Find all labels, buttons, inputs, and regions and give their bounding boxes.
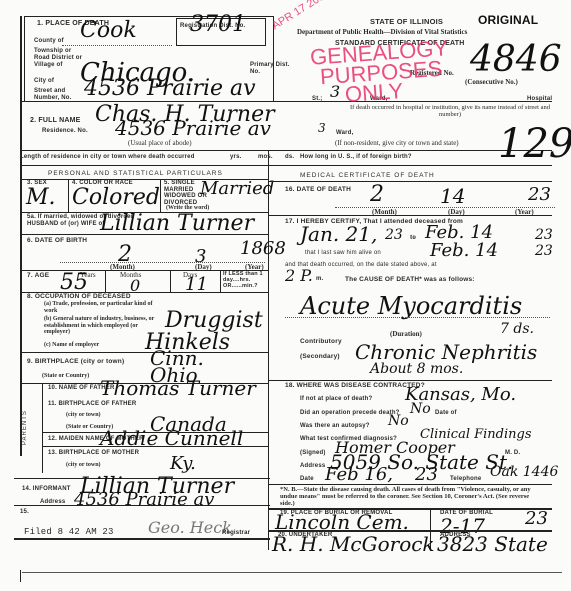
age-label: 7. AGE (27, 272, 49, 279)
attended-from: Jan. 21, (300, 224, 377, 244)
divider (22, 150, 552, 151)
physician-date-year: 23 (415, 466, 438, 484)
divider (220, 270, 221, 292)
operation-value: No (410, 402, 431, 416)
to-label: to (410, 233, 416, 241)
hospital-label: Hospital (527, 96, 552, 102)
dob-year: 1868 (240, 240, 286, 258)
divider (170, 270, 171, 292)
secondary-duration: About 8 mos. (370, 362, 463, 376)
divider (14, 538, 270, 540)
birthplace-label: 9. BIRTHPLACE (city or town) (27, 358, 124, 365)
marital-value: Married (200, 180, 274, 198)
original-label: ORIGINAL (478, 13, 538, 27)
residence-value: 4536 Prairie av (115, 118, 271, 138)
occupation-label: 8. OCCUPATION OF DECEASED (27, 293, 131, 300)
birthplace-state-label: (State or Country) (42, 373, 89, 379)
mother-birthplace-label: 13. BIRTHPLACE OF MOTHER (48, 450, 139, 456)
undertaker-value: R. H. McGorock (272, 534, 435, 554)
not-place-label: If not at place of death? (300, 396, 372, 402)
state-title: STATE OF ILLINOIS (370, 17, 443, 26)
city-label: City of (34, 78, 54, 84)
divider (268, 215, 552, 216)
divider (268, 181, 552, 182)
secondary-value: Chronic Nephritis (355, 342, 537, 362)
less-than-day-label: If LESS than 1 day....hrs. OR......min.? (223, 271, 268, 289)
filed-number-label: 15. (20, 509, 29, 515)
registration-value: 3701 (190, 14, 246, 36)
physician-date-value: Feb 16, (325, 466, 393, 484)
duration-value: 7 ds. (500, 322, 534, 336)
telephone-value: Oak 1446 (490, 465, 558, 479)
father-birthplace-label: 11. BIRTHPLACE OF FATHER (48, 401, 136, 407)
hospital-note: If death occurred in hospital or institu… (350, 104, 550, 118)
informant-label: 14. INFORMANT (22, 486, 71, 492)
divider (42, 383, 43, 473)
m-label: m. (316, 276, 323, 282)
mother-birthplace-value: Ky. (170, 455, 196, 473)
nonresident-note: (If non-resident, give city or town and … (335, 139, 459, 147)
occupation-a-label: (a) Trade, profession, or particular kin… (44, 301, 154, 314)
filed-stamp: Filed 8 42 AM 23 (24, 527, 114, 537)
dod-month: 2 (370, 184, 384, 206)
divider (68, 179, 69, 212)
death-certificate: 1. PLACE OF DEATH County of Cook Registr… (0, 0, 571, 591)
residence-label: Residence. No. (42, 128, 88, 134)
stamp-line-3: ONLY (344, 78, 404, 108)
divider (42, 446, 268, 447)
occupation-value: Druggist (165, 310, 263, 332)
left-border (20, 16, 22, 456)
last-saw-value: Feb. 14 (430, 242, 498, 260)
cause-value: Acute Myocarditis (300, 294, 522, 318)
where-contracted-label: 18. WHERE WAS DISEASE CONTRACTED? (285, 382, 425, 389)
duration-label: (Duration) (390, 330, 422, 338)
spouse-value: Lillian Turner (100, 213, 254, 235)
residence-ward-label: Ward, (336, 130, 353, 136)
autopsy-value: No (388, 414, 409, 428)
personal-section-title: PERSONAL AND STATISTICAL PARTICULARS (48, 170, 223, 177)
divider (22, 352, 268, 353)
last-saw-label: that I last saw him alive on (305, 250, 381, 256)
parents-label: PARENTS (22, 410, 28, 445)
physician-date-label: Date (300, 476, 314, 482)
cause-label: The CAUSE OF DEATH* was as follows: (345, 276, 475, 283)
secondary-label: (Secondary) (300, 353, 340, 360)
divider (22, 234, 268, 235)
registered-number: 4846 (470, 42, 562, 78)
yrs-label: yrs. (230, 154, 241, 160)
color-value: Colored (72, 187, 160, 209)
dob-line (60, 262, 265, 263)
father-city-label: (city or town) (66, 412, 101, 418)
autopsy-label: Was there an autopsy? (300, 423, 370, 429)
registrar-label: Registrar (222, 530, 250, 536)
burial-place-value: Lincoln Cem. (275, 512, 409, 532)
divider (268, 484, 552, 485)
county-value: Cook (80, 20, 137, 42)
signed-label: (Signed) (300, 450, 326, 456)
residence-ward-value: 3 (318, 122, 326, 134)
age-years: 55 (60, 272, 88, 294)
st-label: St.; (312, 96, 322, 102)
employer-label: (c) Name of employer (44, 342, 99, 348)
center-divider (268, 150, 269, 550)
consecutive-label: (Consecutive No.) (465, 78, 518, 86)
nb-note: *N. B.—State the disease causing death. … (280, 486, 545, 507)
attended-to-year: 23 (535, 228, 553, 242)
divider (160, 179, 161, 212)
mos-label: mos. (258, 154, 273, 160)
scan-mark (20, 570, 21, 582)
mother-city-label: (city or town) (66, 462, 101, 468)
primary-label: Primary Dist. No. (250, 62, 298, 76)
date-of-death-label: 16. DATE OF DEATH (285, 186, 351, 193)
foreign-birth-label: How long in U. S., if of foreign birth? (300, 154, 412, 160)
informant-address-label: Address (40, 499, 65, 505)
mother-value: Addie Cunnell (100, 428, 243, 448)
last-saw-year: 23 (535, 244, 553, 258)
cause-line (285, 317, 550, 318)
street-label: Street and Number, No. (34, 88, 82, 102)
county-line (62, 45, 172, 46)
ds-label: ds. (285, 154, 294, 160)
divider (105, 270, 106, 292)
county-label: County of (34, 38, 64, 44)
full-name-label: 2. FULL NAME (30, 117, 81, 124)
operation-label: Did an operation precede death? (300, 410, 400, 416)
divider (268, 380, 552, 381)
sex-value: M. (26, 187, 56, 209)
contributory-label: Contributory (300, 338, 342, 345)
dod-year: 23 (528, 186, 551, 204)
divider (22, 165, 552, 166)
medical-section-title: MEDICAL CERTIFICATE OF DEATH (300, 172, 435, 179)
burial-year-value: 23 (525, 510, 548, 528)
dod-day: 14 (440, 186, 465, 206)
telephone-label: Telephone (450, 476, 481, 482)
time-value: 2 P. (285, 268, 313, 284)
father-value: Thomas Turner (100, 378, 256, 398)
date-of-label: Date of (435, 410, 457, 416)
attended-from-year: 23 (385, 228, 403, 242)
registrar-signature: Geo. Heck (148, 520, 232, 536)
length-residence-label: Length of residence in city or town wher… (20, 154, 195, 160)
street-value: 4536 Prairie av (84, 78, 256, 100)
dob-label: 6. DATE OF BIRTH (27, 237, 87, 244)
scan-line (22, 572, 562, 573)
physician-address-label: Address (300, 463, 325, 469)
abode-note: (Usual place of abode) (128, 139, 192, 147)
informant-address-value: 4536 Prairie av (74, 491, 214, 509)
margin-number: 129 (498, 124, 571, 164)
undertaker-address-value: 3823 State (437, 534, 548, 554)
